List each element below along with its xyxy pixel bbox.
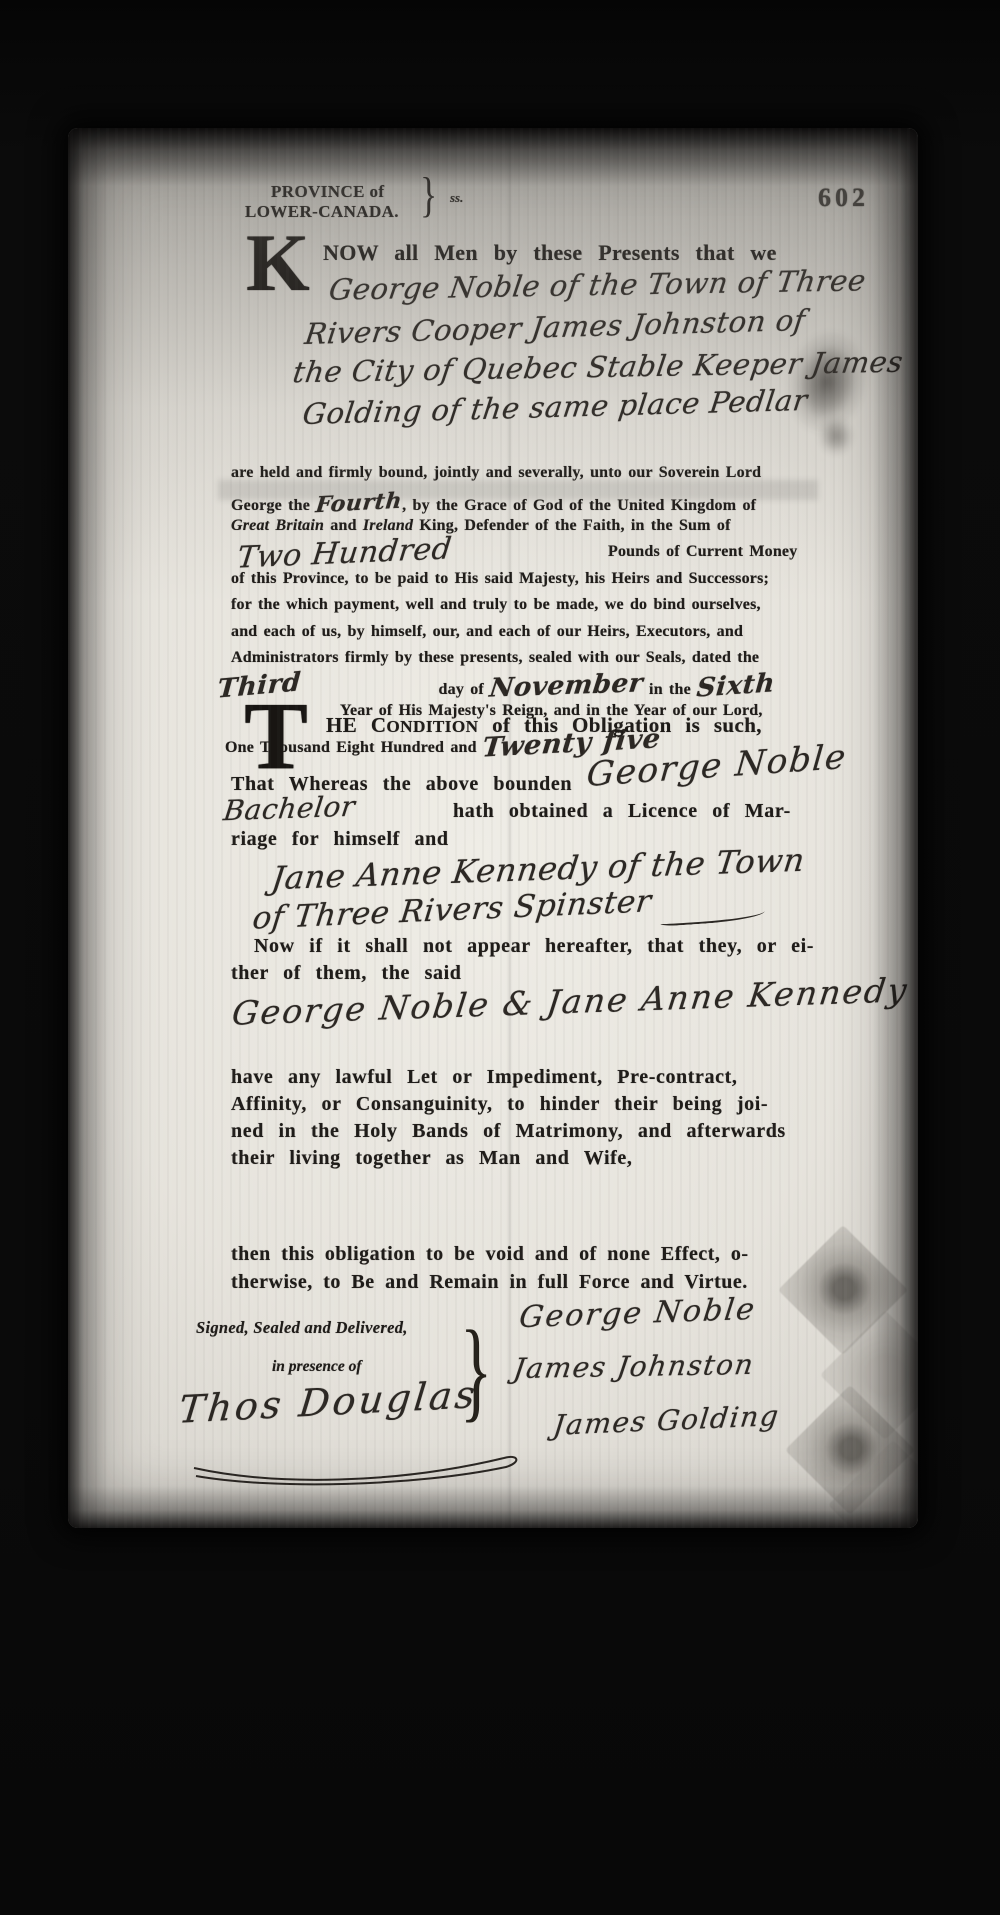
hw-sum: Two Hundred [235,531,453,575]
condition-line-3: riage for himself and [231,828,449,851]
closing-line-2: therwise, to Be and Remain in full Force… [231,1271,748,1294]
signature-flourish [186,1444,526,1486]
opening-handwriting-4: Golding of the same place Pedlar [304,390,807,424]
hw-regnal-name: Fourth [315,488,404,518]
opening-handwriting-3: the City of Quebec Stable Keeper James [294,350,902,384]
bond-line-2: George the Fourth, by the Grace of God o… [231,490,756,516]
drop-cap-t: T [244,700,308,772]
province-line-1: PROVINCE of [271,182,384,202]
microfilm-frame: PROVINCE of LOWER-CANADA. } ss. 602 K NO… [0,0,1000,1915]
condition-line-8: ned in the Holy Bands of Matrimony, and … [231,1120,786,1143]
ink-blot-small [816,414,856,458]
bond-line-4-print: Pounds of Current Money [608,543,797,561]
witness-signature: Thos Douglas [180,1380,477,1424]
attestation-line-1: Signed, Sealed and Delivered, [196,1318,408,1338]
condition-line-2: hath obtained a Licence of Mar- [453,800,791,823]
bond-line-3: Great Britain and Ireland King, Defender… [231,517,731,535]
condition-line-6: have any lawful Let or Impediment, Pre-c… [231,1066,737,1089]
bond-line-5: of this Province, to be paid to His said… [231,570,769,588]
attestation-line-2: in presence of [272,1358,362,1376]
condition-line-9: their living together as Man and Wife, [231,1147,632,1170]
jurisdiction-abbrev: ss. [450,190,463,206]
hw-couple-names: George Noble & Jane Anne Kennedy [234,982,907,1021]
hw-bride-line-1: Jane Anne Kennedy of the Town [273,850,803,888]
bond-line-7: and each of us, by himself, our, and eac… [231,623,743,641]
closing-line-1: then this obligation to be void and of n… [231,1243,749,1266]
bond-line-1: are held and firmly bound, jointly and s… [231,464,761,482]
page-number: 602 [818,183,869,213]
bond-line-8: Administrators firmly by these presents,… [231,649,759,667]
condition-line-4: Now if it shall not appear hereafter, th… [254,935,814,958]
hw-bride-line-2: of Three Rivers Spinster [254,892,765,928]
bond-line-6: for the which payment, well and truly to… [231,596,761,614]
opening-handwriting-1: George Noble of the Town of Three [330,268,865,302]
drop-cap-k: K [246,232,310,294]
hw-groom-status: Bachelor [224,792,355,825]
hw-regnal-year: Sixth [695,668,776,703]
party-signature-2: James Johnston [514,1350,754,1383]
pen-flourish [660,906,766,927]
hw-groom-name: George Noble [588,746,846,786]
hw-month: November [488,668,645,703]
opening-handwriting-2: Rivers Cooper James Johnston of [306,310,804,344]
party-signature-1: George Noble [520,1296,755,1331]
bond-line-4: Two Hundred [238,536,451,571]
opening-heading: NOW all Men by these Presents that we [323,240,777,266]
condition-heading: HE CONDITION of this Obligation is such, [326,713,762,738]
document-page: PROVINCE of LOWER-CANADA. } ss. 602 K NO… [68,128,918,1528]
province-brace: } [420,174,437,216]
party-signature-3: James Golding [554,1404,779,1437]
condition-line-7: Affinity, or Consanguinity, to hinder th… [231,1093,768,1116]
